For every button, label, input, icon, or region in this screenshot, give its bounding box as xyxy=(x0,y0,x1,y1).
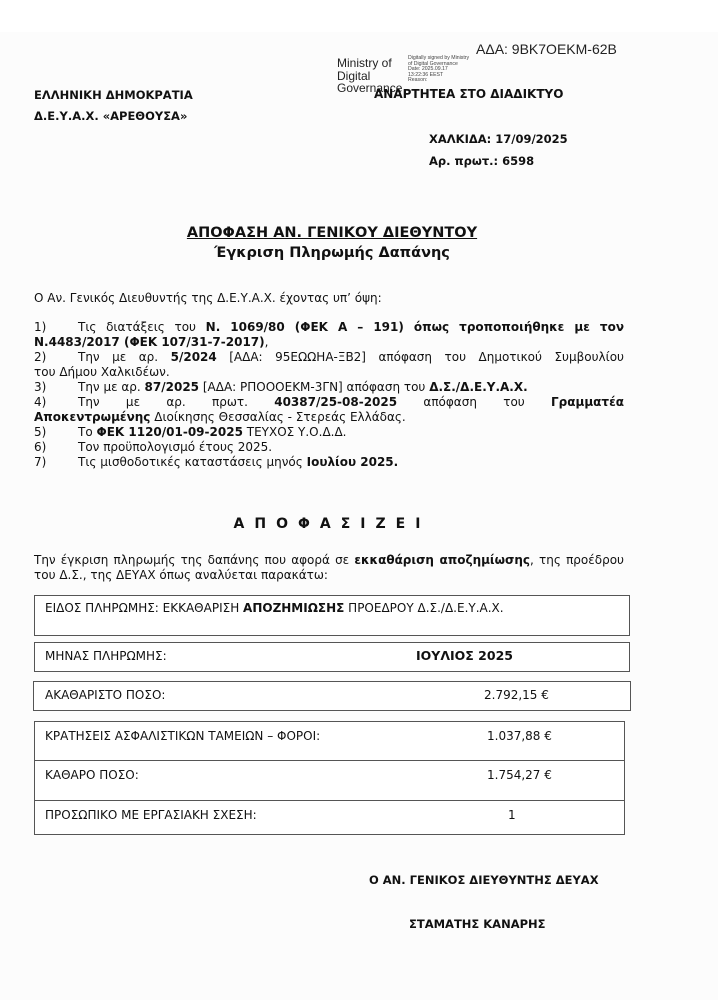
row-divider xyxy=(35,760,624,761)
signatory-role: Ο ΑΝ. ΓΕΝΙΚΟΣ ΔΙΕΥΘΥΝΤΗΣ ΔΕΥΑΧ xyxy=(369,873,599,887)
signatory-name: ΣΤΑΜΑΤΗΣ ΚΑΝΑΡΗΣ xyxy=(409,917,546,931)
bold-text: 87/2025 xyxy=(145,380,199,394)
item-text: Το ΦΕΚ 1120/01-09-2025 ΤΕΥΧΟΣ Υ.Ο.Δ.Δ. xyxy=(78,425,347,440)
decision-subtitle: Έγκριση Πληρωμής Δαπάνης xyxy=(0,245,664,261)
consideration-item: 2)Την με αρ. 5/2024 [ΑΔΑ: 95ΕΩΩΗΑ-ΞΒ2] α… xyxy=(34,350,624,365)
payment-type-label: ΕΙΔΟΣ ΠΛΗΡΩΜΗΣ: ΕΚΚΑΘΑΡΙΣΗ ΑΠΟΖΗΜΙΩΣΗΣ Π… xyxy=(45,601,504,615)
considerations-list: 1)Τις διατάξεις του Ν. 1069/80 (ΦΕΚ Α – … xyxy=(34,320,624,470)
consideration-item: 1)Τις διατάξεις του Ν. 1069/80 (ΦΕΚ Α – … xyxy=(34,320,624,335)
deductions-value: 1.037,88 € xyxy=(487,729,552,743)
bold-text: Δ.Σ./Δ.Ε.Υ.Α.Χ. xyxy=(429,380,528,394)
item-text: Τις μισθοδοτικές καταστάσεις μηνός Ιουλί… xyxy=(78,455,398,470)
text: [ΑΔΑ: ΡΠΟΟΟΕΚΜ-3ΓΝ] απόφαση του xyxy=(199,380,429,394)
item-number: 7) xyxy=(34,455,78,470)
republic-heading: ΕΛΛΗΝΙΚΗ ΔΗΜΟΚΡΑΤΙΑ xyxy=(34,88,193,102)
staff-label: ΠΡΟΣΩΠΙΚΟ ΜΕ ΕΡΓΑΣΙΑΚΗ ΣΧΕΣΗ: xyxy=(45,808,257,822)
payment-month-value: ΙΟΥΛΙΟΣ 2025 xyxy=(416,648,513,663)
item-number: 2) xyxy=(34,350,78,365)
text: του Δήμου Χαλκιδέων. xyxy=(34,365,170,379)
organization-heading: Δ.Ε.Υ.Α.Χ. «ΑΡΕΘΟΥΣΑ» xyxy=(34,109,187,123)
consideration-item: 7)Τις μισθοδοτικές καταστάσεις μηνός Ιου… xyxy=(34,455,624,470)
posting-notice: ΑΝΑΡΤΗΤΕΑ ΣΤΟ ΔΙΑΔΙΚΤΥΟ xyxy=(374,87,563,101)
signature-org-line: Ministry of xyxy=(337,57,402,70)
consideration-item: 3)Την με αρ. 87/2025 [ΑΔΑ: ΡΠΟΟΟΕΚΜ-3ΓΝ]… xyxy=(34,380,624,395)
bold-text: εκκαθάριση αποζημίωσης xyxy=(354,553,530,567)
signature-line: Reason: xyxy=(408,78,469,84)
payment-type-suffix: ΠΡΟΕΔΡΟΥ Δ.Σ./Δ.Ε.Υ.Α.Χ. xyxy=(344,601,503,615)
item-number: 4) xyxy=(34,395,78,410)
bold-text: ΦΕΚ 1120/01-09-2025 xyxy=(97,425,243,439)
text: Την με αρ. xyxy=(78,350,171,364)
payment-month-label: ΜΗΝΑΣ ΠΛΗΡΩΜΗΣ: xyxy=(45,649,167,663)
text: Το xyxy=(78,425,97,439)
text: Την με αρ. πρωτ. xyxy=(78,395,274,409)
decision-title: ΑΠΟΦΑΣΗ ΑΝ. ΓΕΝΙΚΟΥ ΔΙΕΘΥΝΤΟΥ xyxy=(0,225,664,241)
item-text: Την με αρ. 87/2025 [ΑΔΑ: ΡΠΟΟΟΕΚΜ-3ΓΝ] α… xyxy=(78,380,528,395)
item-number: 5) xyxy=(34,425,78,440)
net-amount-label: ΚΑΘΑΡΟ ΠΟΣΟ: xyxy=(45,768,139,782)
place-date: ΧΑΛΚΙΔΑ: 17/09/2025 xyxy=(429,132,568,146)
item-continuation: του Δήμου Χαλκιδέων. xyxy=(34,365,624,380)
bold-text: Γραμματέα xyxy=(551,395,624,409)
text: Την έγκριση πληρωμής της δαπάνης που αφο… xyxy=(34,553,354,567)
bold-text: 5/2024 xyxy=(171,350,217,364)
item-continuation: Αποκεντρωμένης Διοίκησης Θεσσαλίας - Στε… xyxy=(34,410,624,425)
text: Διοίκησης Θεσσαλίας - Στερεάς Ελλάδας. xyxy=(150,410,405,424)
net-amount-value: 1.754,27 € xyxy=(487,768,552,782)
text: Την με αρ. xyxy=(78,380,145,394)
item-text: Την με αρ. 5/2024 [ΑΔΑ: 95ΕΩΩΗΑ-ΞΒ2] από… xyxy=(78,350,624,365)
item-text: Τον προϋπολογισμό έτους 2025. xyxy=(78,440,272,455)
bold-text: Ν. 1069/80 (ΦΕΚ Α – 191) όπως τροποποιήθ… xyxy=(206,320,624,334)
text: Τον προϋπολογισμό έτους 2025. xyxy=(78,440,272,454)
consideration-item: 4)Την με αρ. πρωτ. 40387/25-08-2025 απόφ… xyxy=(34,395,624,410)
gross-amount-value: 2.792,15 € xyxy=(484,688,549,702)
bold-text: 40387/25-08-2025 xyxy=(274,395,397,409)
protocol-number: Αρ. πρωτ.: 6598 xyxy=(429,154,534,168)
item-text: Τις διατάξεις του Ν. 1069/80 (ΦΕΚ Α – 19… xyxy=(78,320,624,335)
text: [ΑΔΑ: 95ΕΩΩΗΑ-ΞΒ2] απόφαση του Δημοτικού… xyxy=(217,350,624,364)
staff-value: 1 xyxy=(508,808,516,822)
deductions-label: ΚΡΑΤΗΣΕΙΣ ΑΣΦΑΛΙΣΤΙΚΩΝ ΤΑΜΕΙΩΝ – ΦΟΡΟΙ: xyxy=(45,729,320,743)
bold-text: Ν.4483/2017 (ΦΕΚ 107/31-7-2017) xyxy=(34,335,265,349)
deductions-net-box: ΚΡΑΤΗΣΕΙΣ ΑΣΦΑΛΙΣΤΙΚΩΝ ΤΑΜΕΙΩΝ – ΦΟΡΟΙ: … xyxy=(34,721,625,801)
consideration-item: 6)Τον προϋπολογισμό έτους 2025. xyxy=(34,440,624,455)
text: ΤΕΥΧΟΣ Υ.Ο.Δ.Δ. xyxy=(243,425,347,439)
bold-text: Αποκεντρωμένης xyxy=(34,410,150,424)
digital-signature-details: Digitally signed by Ministry of Digital … xyxy=(408,56,469,84)
decides-heading: ΑΠΟΦΑΣΙΖΕΙ xyxy=(0,516,664,532)
text: Τις μισθοδοτικές καταστάσεις μηνός xyxy=(78,455,307,469)
gross-amount-box: ΑΚΑΘΑΡΙΣΤΟ ΠΟΣΟ: 2.792,15 € xyxy=(33,681,631,711)
item-number: 6) xyxy=(34,440,78,455)
bold-text: Ιουλίου 2025. xyxy=(307,455,399,469)
payment-type-prefix: ΕΙΔΟΣ ΠΛΗΡΩΜΗΣ: ΕΚΚΑΘΑΡΙΣΗ xyxy=(45,601,243,615)
item-number: 1) xyxy=(34,320,78,335)
staff-box: ΠΡΟΣΩΠΙΚΟ ΜΕ ΕΡΓΑΣΙΑΚΗ ΣΧΕΣΗ: 1 xyxy=(34,800,625,835)
text: , xyxy=(265,335,269,349)
decision-text: Την έγκριση πληρωμής της δαπάνης που αφο… xyxy=(34,553,624,583)
payment-month-box: ΜΗΝΑΣ ΠΛΗΡΩΜΗΣ: ΙΟΥΛΙΟΣ 2025 xyxy=(34,642,630,672)
ada-code: ΑΔΑ: 9ΒΚ7ΟΕΚΜ-62Β xyxy=(476,41,617,57)
item-continuation: Ν.4483/2017 (ΦΕΚ 107/31-7-2017), xyxy=(34,335,624,350)
gross-amount-label: ΑΚΑΘΑΡΙΣΤΟ ΠΟΣΟ: xyxy=(45,688,165,702)
payment-type-bold: ΑΠΟΖΗΜΙΩΣΗΣ xyxy=(243,601,344,615)
payment-type-box: ΕΙΔΟΣ ΠΛΗΡΩΜΗΣ: ΕΚΚΑΘΑΡΙΣΗ ΑΠΟΖΗΜΙΩΣΗΣ Π… xyxy=(34,595,630,636)
item-number: 3) xyxy=(34,380,78,395)
text: απόφαση του xyxy=(397,395,551,409)
item-text: Την με αρ. πρωτ. 40387/25-08-2025 απόφασ… xyxy=(78,395,624,410)
page-top-margin xyxy=(0,0,718,32)
consideration-item: 5)Το ΦΕΚ 1120/01-09-2025 ΤΕΥΧΟΣ Υ.Ο.Δ.Δ. xyxy=(34,425,624,440)
text: Τις διατάξεις του xyxy=(78,320,206,334)
intro-text: Ο Αν. Γενικός Διευθυντής της Δ.Ε.Υ.Α.Χ. … xyxy=(34,291,624,306)
